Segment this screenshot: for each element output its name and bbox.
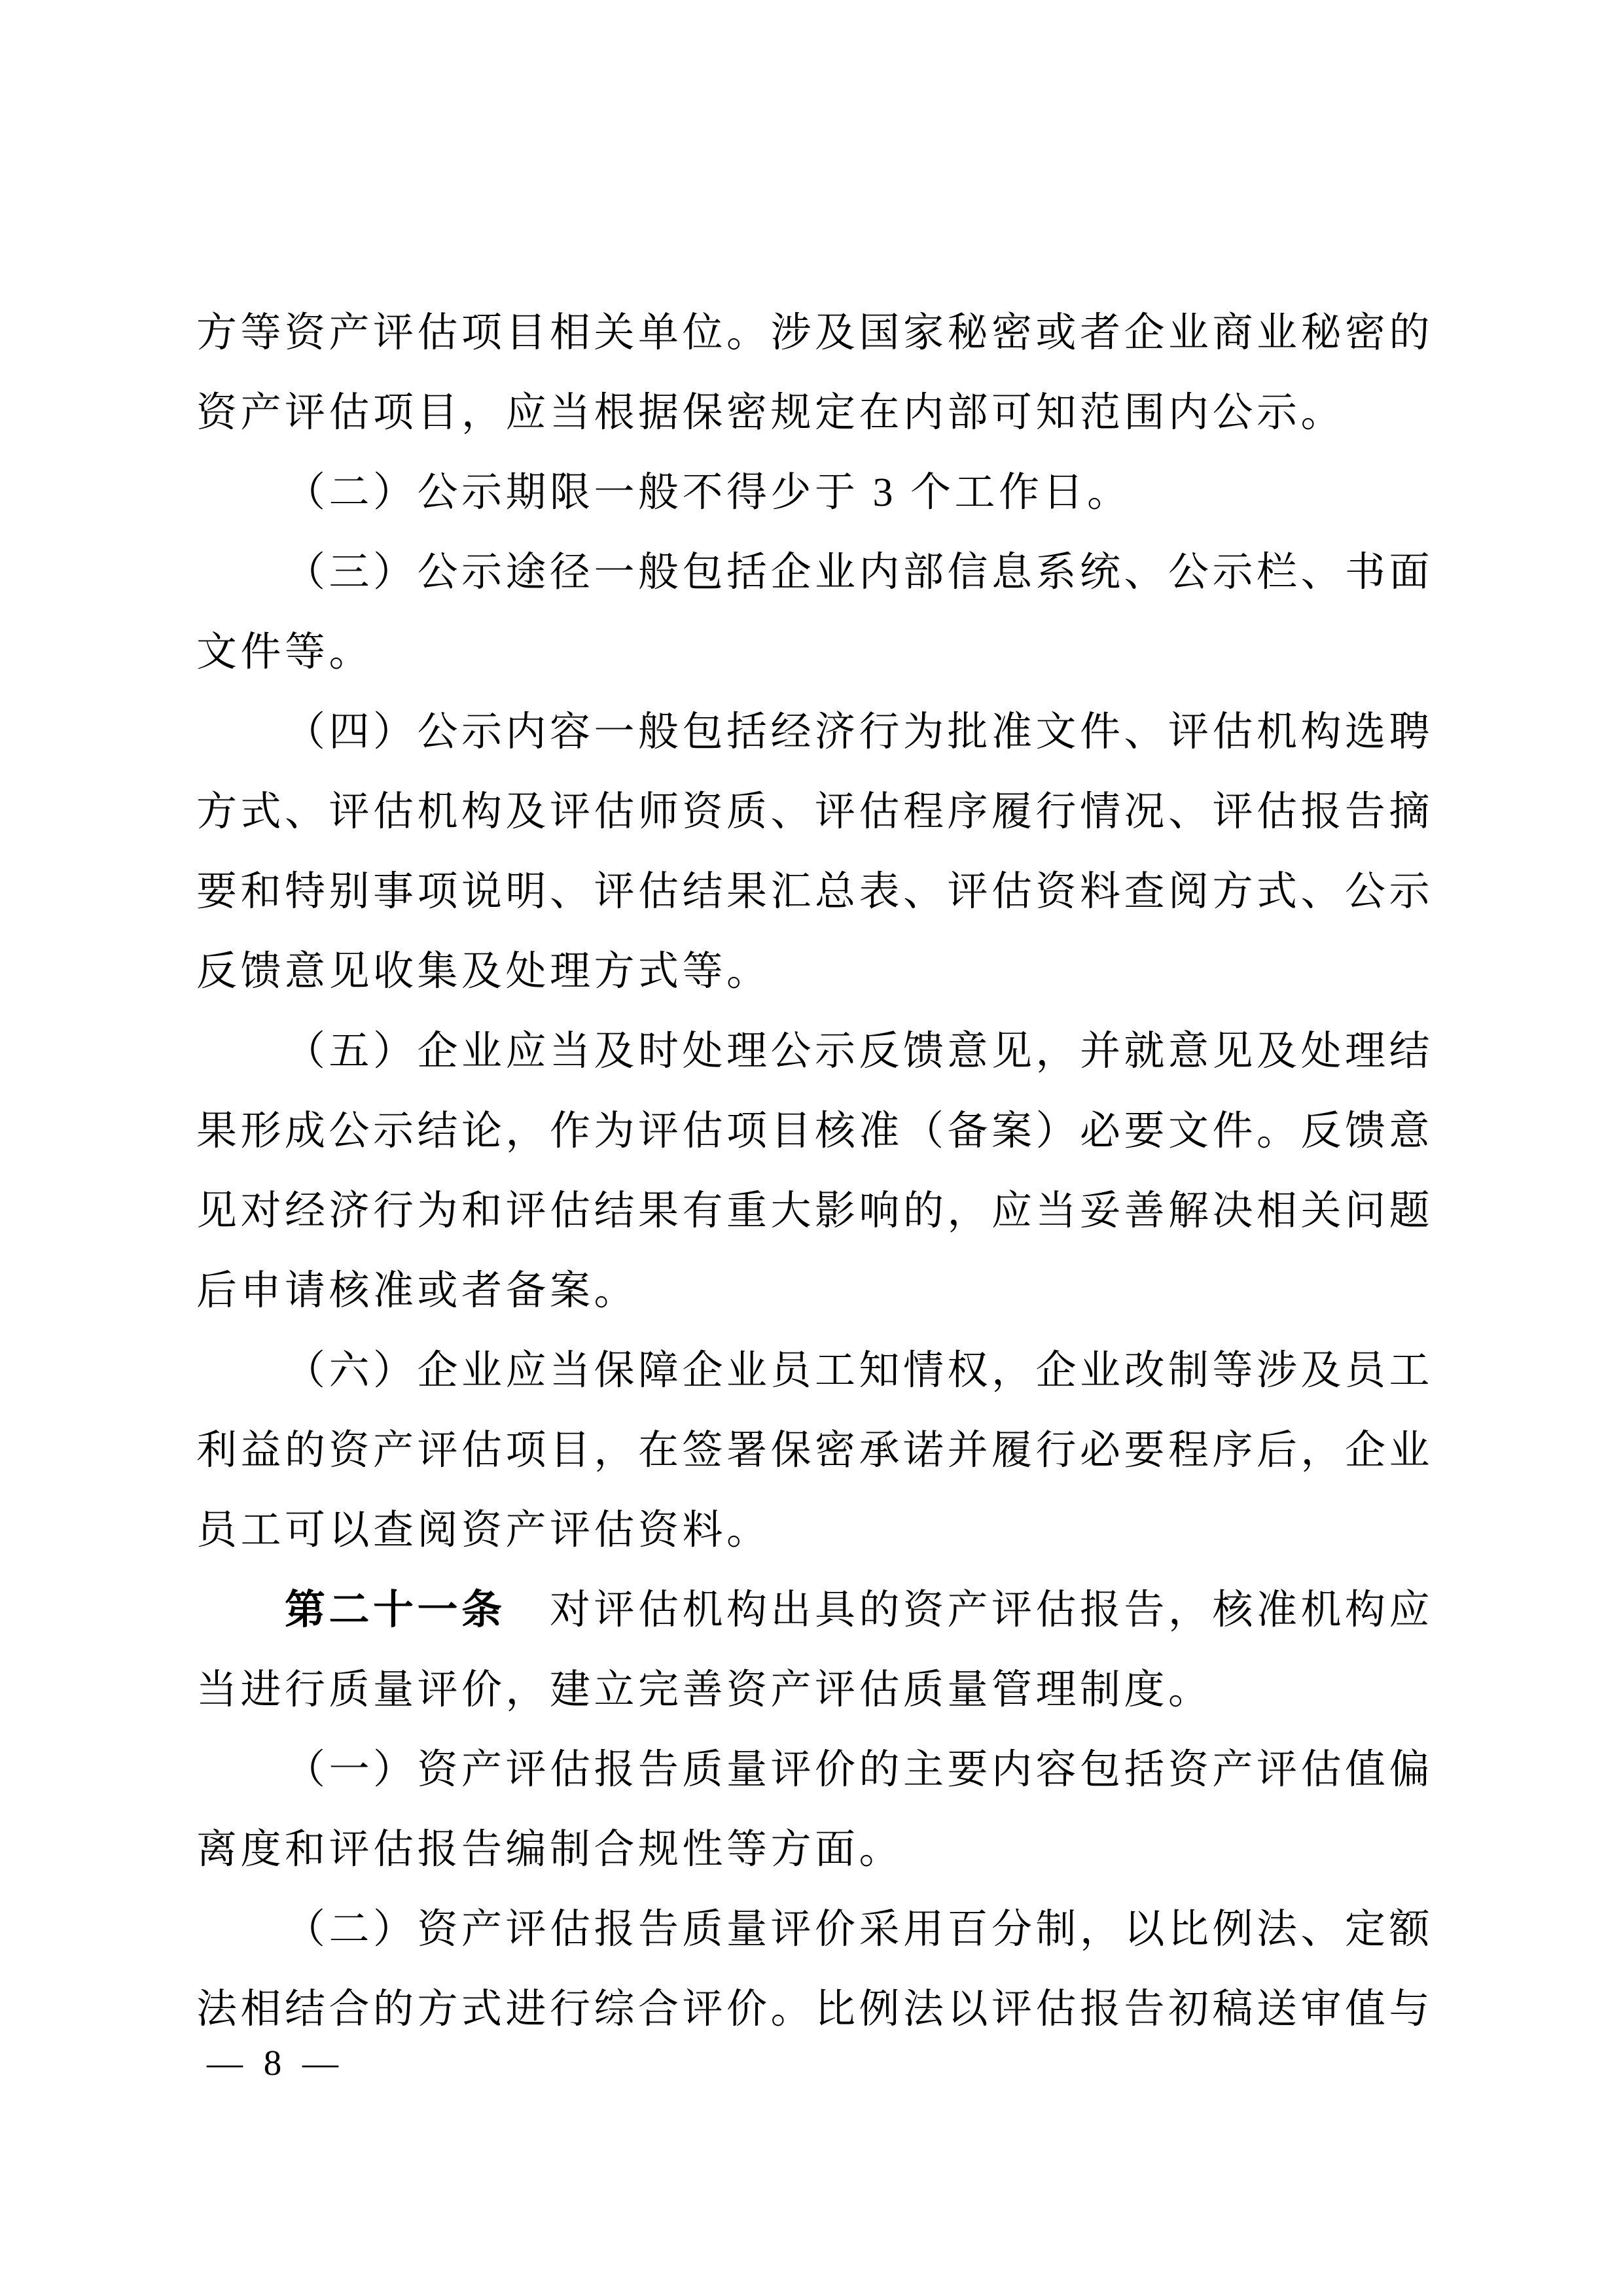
text-line: 员工可以查阅资产评估资料。	[196, 1491, 1433, 1570]
text-segment: （三）公示途径一般包括企业内部信息系统、公示栏、书面	[285, 550, 1433, 595]
text-segment: 对评估机构出具的资产评估报告，核准机构应	[506, 1588, 1434, 1633]
text-line: 法相结合的方式进行综合评价。比例法以评估报告初稿送审值与	[196, 1969, 1433, 2049]
text-segment: 员工可以查阅资产评估资料。	[196, 1508, 771, 1553]
text-line: 后申请核准或者备案。	[196, 1251, 1433, 1331]
text-segment: 离度和评估报告编制合规性等方面。	[196, 1828, 903, 1872]
article-number: 第二十一条	[285, 1587, 506, 1633]
paragraph-start-line: （二）公示期限一般不得少于 3 个工作日。	[196, 453, 1433, 533]
text-segment: 后申请核准或者备案。	[196, 1269, 638, 1313]
text-segment: 当进行质量评价，建立完善资产评估质量管理制度。	[196, 1668, 1213, 1712]
text-segment: 法相结合的方式进行综合评价。比例法以评估报告初稿送审值与	[196, 1987, 1433, 2032]
text-segment: （五）企业应当及时处理公示反馈意见，并就意见及处理结	[285, 1029, 1433, 1074]
text-segment: 文件等。	[196, 630, 373, 675]
text-segment: （二）资产评估报告质量评价采用百分制，以比例法、定额	[285, 1907, 1433, 1952]
paragraph-start-line: 第二十一条 对评估机构出具的资产评估报告，核准机构应	[196, 1570, 1433, 1650]
paragraph-start-line: （三）公示途径一般包括企业内部信息系统、公示栏、书面	[196, 533, 1433, 612]
text-segment: 反馈意见收集及处理方式等。	[196, 949, 771, 994]
paragraph-start-line: （一）资产评估报告质量评价的主要内容包括资产评估值偏	[196, 1730, 1433, 1810]
text-line: 见对经济行为和评估结果有重大影响的，应当妥善解决相关问题	[196, 1171, 1433, 1251]
text-line: 利益的资产评估项目，在签署保密承诺并履行必要程序后，企业	[196, 1411, 1433, 1491]
text-line: 当进行质量评价，建立完善资产评估质量管理制度。	[196, 1650, 1433, 1730]
page-footer: — 8 —	[207, 2040, 340, 2086]
paragraph-start-line: （六）企业应当保障企业员工知情权，企业改制等涉及员工	[196, 1331, 1433, 1411]
document-page: 方等资产评估项目相关单位。涉及国家秘密或者企业商业秘密的资产评估项目，应当根据保…	[0, 0, 1623, 2296]
paragraph-start-line: （四）公示内容一般包括经济行为批准文件、评估机构选聘	[196, 692, 1433, 772]
paragraph-start-line: （五）企业应当及时处理公示反馈意见，并就意见及处理结	[196, 1012, 1433, 1091]
text-segment: 要和特别事项说明、评估结果汇总表、评估资料查阅方式、公示	[196, 870, 1433, 914]
text-segment: （四）公示内容一般包括经济行为批准文件、评估机构选聘	[285, 710, 1433, 754]
text-line: 方等资产评估项目相关单位。涉及国家秘密或者企业商业秘密的	[196, 293, 1433, 373]
text-line: 方式、评估机构及评估师资质、评估程序履行情况、评估报告摘	[196, 772, 1433, 852]
text-segment: 方式、评估机构及评估师资质、评估程序履行情况、评估报告摘	[196, 790, 1433, 834]
text-segment: （一）资产评估报告质量评价的主要内容包括资产评估值偏	[285, 1748, 1433, 1792]
text-segment: 资产评估项目，应当根据保密规定在内部可知范围内公示。	[196, 391, 1345, 435]
text-line: 反馈意见收集及处理方式等。	[196, 932, 1433, 1012]
text-line: 果形成公示结论，作为评估项目核准（备案）必要文件。反馈意	[196, 1091, 1433, 1171]
text-line: 要和特别事项说明、评估结果汇总表、评估资料查阅方式、公示	[196, 852, 1433, 932]
text-segment: 见对经济行为和评估结果有重大影响的，应当妥善解决相关问题	[196, 1189, 1433, 1233]
text-line: 资产评估项目，应当根据保密规定在内部可知范围内公示。	[196, 373, 1433, 453]
paragraph-start-line: （二）资产评估报告质量评价采用百分制，以比例法、定额	[196, 1890, 1433, 1969]
text-line: 离度和评估报告编制合规性等方面。	[196, 1810, 1433, 1890]
text-segment: （六）企业应当保障企业员工知情权，企业改制等涉及员工	[285, 1349, 1433, 1393]
document-body: 方等资产评估项目相关单位。涉及国家秘密或者企业商业秘密的资产评估项目，应当根据保…	[196, 293, 1433, 2049]
text-line: 文件等。	[196, 612, 1433, 692]
text-segment: 方等资产评估项目相关单位。涉及国家秘密或者企业商业秘密的	[196, 311, 1433, 355]
page-number: — 8 —	[207, 2043, 340, 2083]
text-segment: （二）公示期限一般不得少于 3 个工作日。	[285, 470, 1132, 515]
text-segment: 果形成公示结论，作为评估项目核准（备案）必要文件。反馈意	[196, 1109, 1433, 1154]
text-segment: 利益的资产评估项目，在签署保密承诺并履行必要程序后，企业	[196, 1428, 1433, 1473]
